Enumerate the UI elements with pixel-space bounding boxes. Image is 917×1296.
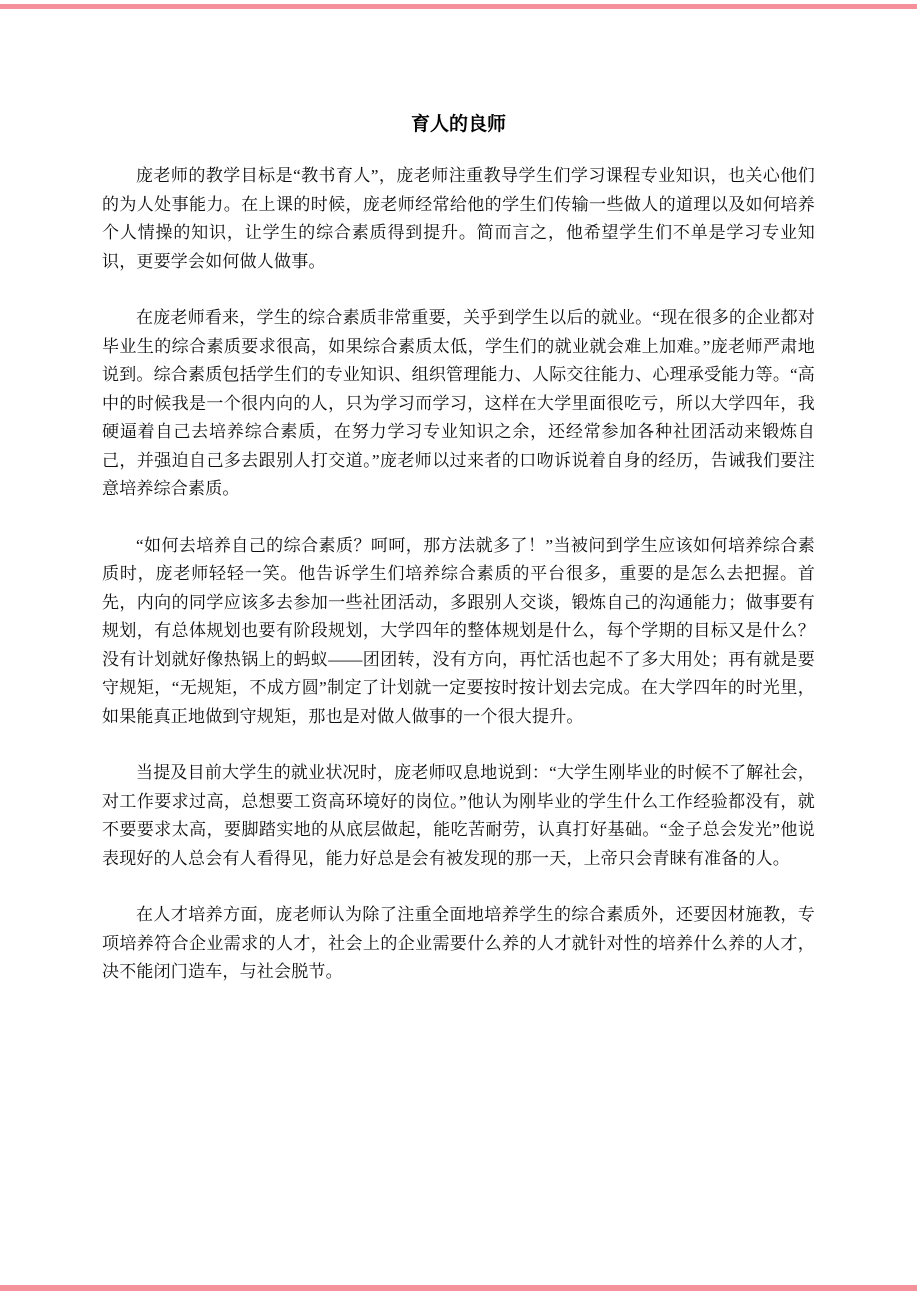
paragraph-1: 庞老师的教学目标是“教书育人”，庞老师注重教导学生们学习课程专业知识，也关心他们…	[102, 162, 815, 276]
top-border-bar	[0, 4, 917, 9]
document-body: 育人的良师 庞老师的教学目标是“教书育人”，庞老师注重教导学生们学习课程专业知识…	[102, 112, 815, 1015]
paragraph-5: 在人才培养方面，庞老师认为除了注重全面地培养学生的综合素质外，还要因材施教，专项…	[102, 901, 815, 987]
paragraph-2: 在庞老师看来，学生的综合素质非常重要，关乎到学生以后的就业。“现在很多的企业都对…	[102, 304, 815, 504]
bottom-border-bar	[0, 1285, 917, 1291]
document-page: { "page": { "accent_color": "#F5919B", "…	[0, 0, 917, 1296]
document-title: 育人的良师	[102, 112, 815, 138]
paragraph-4: 当提及目前大学生的就业状况时，庞老师叹息地说到：“大学生刚毕业的时候不了解社会，…	[102, 759, 815, 873]
paragraph-3: “如何去培养自己的综合素质？呵呵，那方法就多了！”当被问到学生应该如何培养综合素…	[102, 532, 815, 732]
